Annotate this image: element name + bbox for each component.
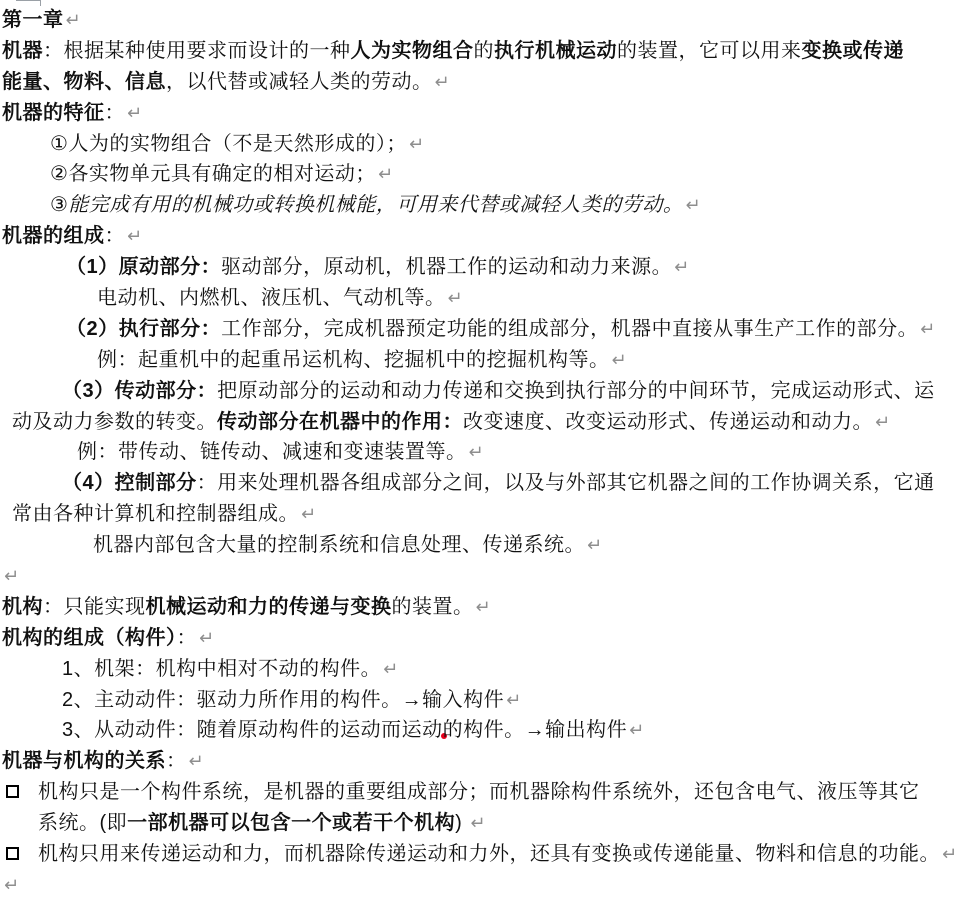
text-run: 的装置。: [392, 596, 474, 618]
text-run: 机器的组成: [2, 225, 105, 247]
doc-line: 常由各种计算机和控制器组成。↵: [2, 499, 949, 530]
paragraph-mark-icon: ↵: [468, 813, 486, 833]
paragraph-mark-icon: ↵: [376, 164, 394, 184]
text-run: 常由各种计算机和控制器组成。: [12, 503, 299, 525]
paragraph-mark-icon: ↵: [381, 659, 399, 679]
doc-line: 电动机、内燃机、液压机、气动机等。↵: [2, 283, 949, 314]
checkbox-bullet-icon: [6, 785, 19, 798]
doc-line: ③能完成有用的机械功或转换机械能，可用来代替或减轻人类的劳动。↵: [2, 190, 949, 221]
text-run: 传动部分在机器中的作用：: [217, 411, 463, 433]
text-run: 2、主动动件：驱动力所作用的构件。→输入构件: [62, 689, 504, 711]
doc-line: ↵: [2, 561, 949, 592]
text-run: 机器与机构的关系: [2, 750, 166, 772]
text-run: 驱动部分，原动机，机器工作的运动和动力来源。: [221, 256, 672, 278]
document-body[interactable]: 第一章↵机器：根据某种使用要求而设计的一种人为实物组合的执行机械运动的装置，它可…: [0, 0, 957, 901]
doc-line: 2、主动动件：驱动力所作用的构件。→输入构件↵: [2, 685, 949, 716]
doc-line: 机器内部包含大量的控制系统和信息处理、传递系统。↵: [2, 530, 949, 561]
text-run: 机构的组成（构件）: [2, 627, 177, 649]
doc-line: 3、从动动件：随着原动构件的运动而运动的构件。→输出构件↵: [2, 715, 949, 746]
text-run: 1、机架：机构中相对不动的构件。: [62, 658, 381, 680]
doc-line: 系统。(即一部机器可以包含一个或若干个机构) ↵: [2, 808, 949, 839]
paragraph-mark-icon: ↵: [187, 751, 205, 771]
doc-line: 机器与机构的关系：↵: [2, 746, 949, 777]
checkbox-bullet-icon: [6, 847, 19, 860]
paragraph-mark-icon: ↵: [627, 720, 645, 740]
text-run: ②各实物单元具有确定的相对运动；: [50, 163, 376, 185]
paragraph-mark-icon: ↵: [2, 875, 20, 895]
paragraph-mark-icon: ↵: [433, 72, 451, 92]
doc-line: （3）传动部分：把原动部分的运动和动力传递和交换到执行部分的中间环节，完成运动形…: [2, 376, 949, 407]
doc-line: 机构：只能实现机械运动和力的传递与变换的装置。↵: [2, 592, 949, 623]
text-run: 机构: [2, 596, 43, 618]
doc-line: 机构只用来传递运动和力，而机器除传递运动和力外，还具有变换或传递能量、物料和信息…: [2, 839, 949, 870]
doc-line: 机器的特征：↵: [2, 98, 949, 129]
paragraph-mark-icon: ↵: [918, 319, 936, 339]
text-run: 机构只用来传递运动和力，而机器除传递运动和力外，还具有变换或传递能量、物料和信息…: [38, 843, 940, 865]
text-run: （1）原动部分：: [66, 256, 221, 278]
paragraph-mark-icon: ↵: [2, 566, 20, 586]
text-run: （4）控制部分: [62, 472, 197, 494]
paragraph-mark-icon: ↵: [125, 226, 143, 246]
doc-line: （2）执行部分：工作部分，完成机器预定功能的组成部分，机器中直接从事生产工作的部…: [2, 314, 949, 345]
doc-line: ②各实物单元具有确定的相对运动；↵: [2, 159, 949, 190]
doc-line: 机构的组成（构件）：↵: [2, 623, 949, 654]
paragraph-mark-icon: ↵: [474, 597, 492, 617]
text-run: ：根据某种使用要求而设计的一种: [43, 40, 351, 62]
text-run: ：: [177, 627, 198, 649]
text-run: 第一章: [2, 9, 64, 31]
text-run: 机器的特征: [2, 102, 105, 124]
text-run: 机械运动和力的传递与变换: [146, 596, 392, 618]
text-run: 3、从动动件：随着原动构件的运动而运动: [62, 719, 443, 741]
text-run: 机器内部包含大量的控制系统和信息处理、传递系统。: [93, 534, 585, 556]
paragraph-mark-icon: ↵: [585, 535, 603, 555]
paragraph-mark-icon: ↵: [873, 412, 891, 432]
paragraph-mark-icon: ↵: [407, 134, 425, 154]
doc-line: ↵: [2, 870, 949, 901]
doc-line: 能量、物料、信息，以代替或减轻人类的劳动。↵: [2, 67, 949, 98]
doc-line: ①人为的实物组合（不是天然形成的）；↵: [2, 129, 949, 160]
paragraph-mark-icon: ↵: [940, 844, 957, 864]
text-run: 的: [474, 40, 495, 62]
doc-line: 机器：根据某种使用要求而设计的一种人为实物组合的执行机械运动的装置，它可以用来变…: [2, 36, 949, 67]
paragraph-mark-icon: ↵: [467, 442, 485, 462]
text-run: 工作部分，完成机器预定功能的组成部分，机器中直接从事生产工作的部分。: [221, 318, 918, 340]
text-run: ：: [105, 102, 126, 124]
paragraph-mark-icon: ↵: [672, 257, 690, 277]
paragraph-mark-icon: ↵: [683, 195, 701, 215]
text-run: 机器: [2, 40, 43, 62]
text-run: ，以代替或减轻人类的劳动。: [166, 71, 433, 93]
doc-line: （4）控制部分：用来处理机器各组成部分之间，以及与外部其它机器之间的工作协调关系…: [2, 468, 949, 499]
doc-line: 第一章↵: [2, 5, 949, 36]
doc-line: 1、机架：机构中相对不动的构件。↵: [2, 654, 949, 685]
doc-line: 例：带传动、链传动、减速和变速装置等。↵: [2, 437, 949, 468]
doc-line: 例：起重机中的起重吊运机构、挖掘机中的挖掘机构等。↵: [2, 345, 949, 376]
word-document-page: { "colors":{"page_bg":"#ffffff","text":"…: [0, 0, 957, 901]
text-run: 电动机、内燃机、液压机、气动机等。: [97, 287, 446, 309]
text-run: ：用来处理机器各组成部分之间，以及与外部其它机器之间的工作协调关系，它通: [197, 472, 935, 494]
text-run: ：只能实现: [43, 596, 146, 618]
text-run: 机构只是一个构件系统，是机器的重要组成部分；而机器除构件系统外，还包含电气、液压…: [38, 781, 920, 803]
text-run: ①人为的实物组合（不是天然形成的）；: [50, 133, 407, 155]
text-run: 执行机械运动: [494, 40, 617, 62]
text-run: 例：带传动、链传动、减速和变速装置等。: [77, 441, 467, 463]
text-run: ：: [166, 750, 187, 772]
text-run: （3）传动部分：: [62, 380, 217, 402]
text-run: （2）执行部分：: [66, 318, 221, 340]
doc-line: 动及动力参数的转变。传动部分在机器中的作用：改变速度、改变运动形式、传递运动和动…: [2, 407, 949, 438]
text-run: 动及动力参数的转变。: [12, 411, 217, 433]
doc-line: 机器的组成：↵: [2, 221, 949, 252]
text-run: ③能完成有用的机械功或转换机械能，可用来代替或减轻人类的劳动。: [50, 194, 683, 216]
doc-line: （1）原动部分：驱动部分，原动机，机器工作的运动和动力来源。↵: [2, 252, 949, 283]
text-run: 例：起重机中的起重吊运机构、挖掘机中的挖掘机构等。: [97, 349, 610, 371]
paragraph-mark-icon: ↵: [504, 690, 522, 710]
text-run: 变换或传递: [802, 40, 905, 62]
paragraph-mark-icon: ↵: [446, 288, 464, 308]
text-run: 改变速度、改变运动形式、传递运动和动力。: [463, 411, 873, 433]
paragraph-mark-icon: ↵: [610, 350, 628, 370]
paragraph-mark-icon: ↵: [197, 628, 215, 648]
text-run: 人为实物组合: [351, 40, 474, 62]
text-run: 一部机器可以包含一个或若干个机构: [127, 812, 455, 834]
text-run: 把原动部分的运动和动力传递和交换到执行部分的中间环节，完成运动形式、运: [217, 380, 935, 402]
paragraph-mark-icon: ↵: [125, 103, 143, 123]
text-run: ): [455, 812, 468, 834]
paragraph-mark-icon: ↵: [299, 504, 317, 524]
text-run: ：: [105, 225, 126, 247]
doc-line: 机构只是一个构件系统，是机器的重要组成部分；而机器除构件系统外，还包含电气、液压…: [2, 777, 949, 808]
text-run: 能量、物料、信息: [2, 71, 166, 93]
text-run: 的装置，它可以用来: [617, 40, 802, 62]
text-run: 系统。(即: [38, 812, 127, 834]
paragraph-mark-icon: ↵: [64, 10, 82, 30]
text-run: 的构件。→输出构件: [443, 719, 628, 741]
